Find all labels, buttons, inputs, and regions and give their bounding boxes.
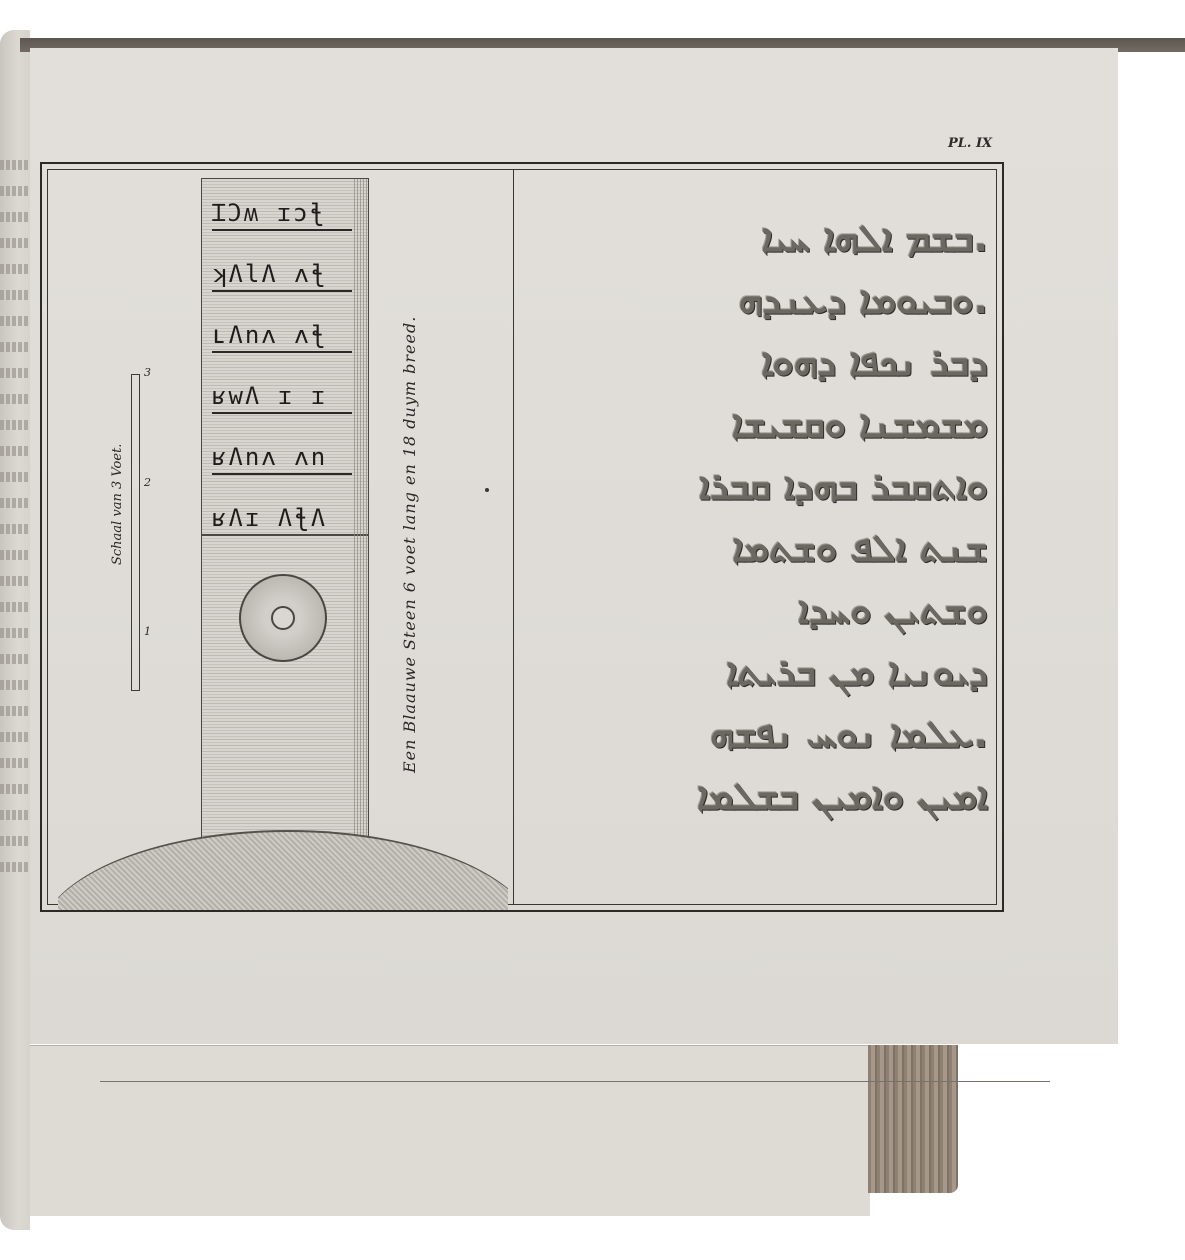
stone-inscription-row: ʁwɅ ɪ ɪ xyxy=(212,380,352,414)
stone-inscription-row: ʁɅɪ ɅꞎɅ xyxy=(212,502,352,536)
stone-drawing: ꞮƆʍ ɪɔꞎ ʞɅlɅ ʌꞎ ʟɅnʌ ʌꞎ ʁwɅ ɪ ɪ ʁɅnʌ ʌn … xyxy=(201,178,369,847)
underlying-page xyxy=(30,1045,870,1216)
engraving-frame: 3 2 1 Schaal van 3 Voet. ꞮƆʍ ɪɔꞎ ʞɅlɅ ʌꞎ… xyxy=(40,162,1004,912)
scale-label: Schaal van 3 Voet. xyxy=(110,444,125,565)
scale-number-3: 3 xyxy=(144,366,151,379)
syriac-line: ܡܫܡܫܢܐ ܘܩܫܝܫܐ xyxy=(548,398,988,450)
plate-number: PL. IX xyxy=(948,136,992,151)
stone-caption: Een Blaauwe Steen 6 voet lang en 18 duym… xyxy=(400,316,419,773)
syriac-line: ܕܒܪ ܢܟܦܐ ܕܗܘܐ xyxy=(548,336,988,388)
syriac-inscription: ܒܫܡ ܐܠܗܐ ܚܝܐ. ܘܒܝܘܡܐ ܕܥܢܕܗ. ܕܒܪ ܢܟܦܐ ܕܗܘ… xyxy=(548,212,988,832)
left-page-edge xyxy=(0,30,30,1230)
stone-inscription-row: ʞɅlɅ ʌꞎ xyxy=(212,258,352,292)
stone-inscription: ꞮƆʍ ɪɔꞎ ʞɅlɅ ʌꞎ ʟɅnʌ ʌꞎ ʁwɅ ɪ ɪ ʁɅnʌ ʌn … xyxy=(212,197,352,563)
scale-number-2: 2 xyxy=(144,476,151,489)
syriac-line: ܒܫܡ ܐܠܗܐ ܚܝܐ. xyxy=(548,212,988,264)
stone-divider xyxy=(202,534,368,536)
stone-inscription-row: ʟɅnʌ ʌꞎ xyxy=(212,319,352,353)
ground-mound xyxy=(58,830,508,910)
page-block-edge xyxy=(868,1045,958,1193)
syriac-line: ܘܐܬܩܒܪ ܒܗܕܐ ܩܒܪܐ xyxy=(548,460,988,512)
syriac-line: ܐܡܝܢ ܘܐܡܝܢ ܒܫܠܡܐ xyxy=(548,770,988,822)
left-page-text-fragments xyxy=(0,160,28,1030)
syriac-line: ܫܢܬ ܐܠܦ ܘܫܬܡܐ xyxy=(548,522,988,574)
ink-dot xyxy=(485,488,489,492)
syriac-line: ܘܫܬܝܢ ܘܚܕܐ xyxy=(548,584,988,636)
panel-divider xyxy=(513,170,514,904)
engraving-frame-inner: 3 2 1 Schaal van 3 Voet. ꞮƆʍ ɪɔꞎ ʞɅlɅ ʌꞎ… xyxy=(47,169,997,905)
stone-inscription-row: ꞮƆʍ ɪɔꞎ xyxy=(212,197,352,231)
scale-number-1: 1 xyxy=(144,625,151,638)
syriac-line: ܥܠܡܐ ܢܘܚ ܢܦܫܗ. xyxy=(548,708,988,760)
syriac-line: ܘܒܝܘܡܐ ܕܥܢܕܗ. xyxy=(548,274,988,326)
medallion-circle-icon xyxy=(239,574,327,662)
fold-line xyxy=(100,1081,1050,1082)
scale-bar xyxy=(131,374,140,691)
medallion-center xyxy=(271,606,295,630)
syriac-line: ܕܝܘܢܝܐ ܡܢ ܒܪܝܬܐ xyxy=(548,646,988,698)
stone-inscription-row: ʁɅnʌ ʌn xyxy=(212,441,352,475)
